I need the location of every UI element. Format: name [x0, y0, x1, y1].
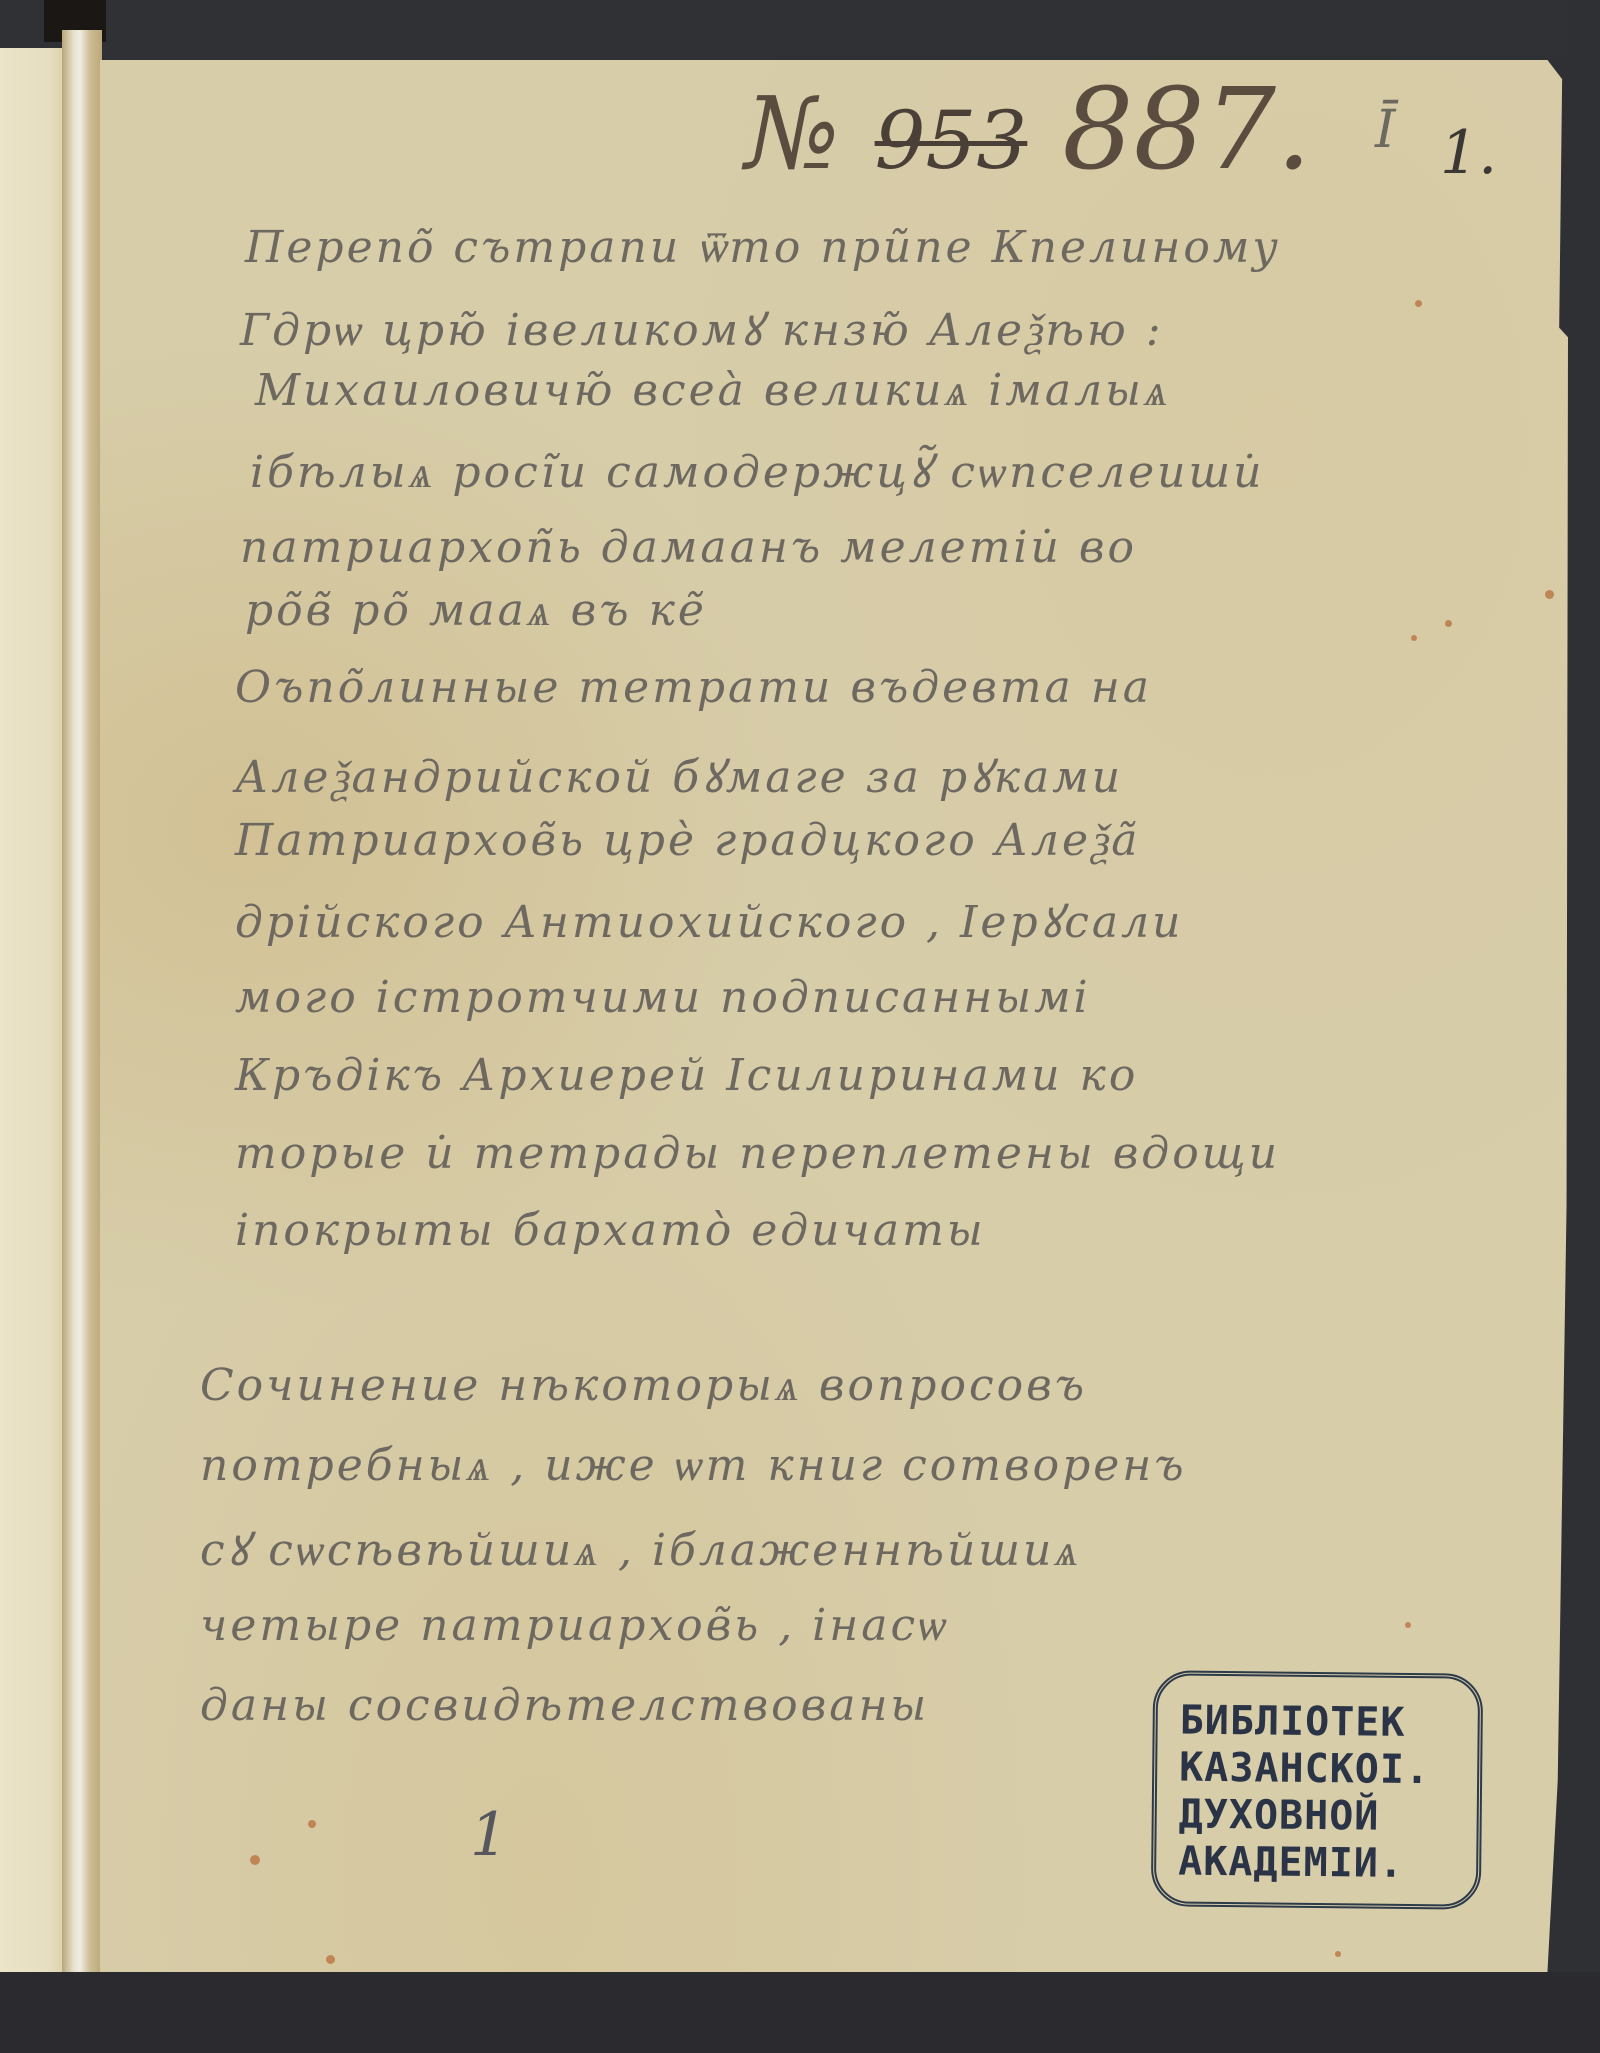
struck-shelf-number: 953 [875, 94, 1028, 187]
foxing-spot [1545, 590, 1554, 599]
current-shelf-number: 887. [1062, 65, 1311, 195]
text-line: четыре патриархов̃ь , iнасѡ [200, 1600, 949, 1651]
folio-number: 1. [1440, 118, 1497, 188]
text-line: Перепо̃ сътрапи ѿто при̃пе Кпелиному [245, 222, 1281, 273]
text-line: Кръдікъ Архиерей Iсилиринами ко [235, 1050, 1138, 1101]
text-line: Гдрѡ црю̃ iвеликомꙋ кнзю̃ Алеѯѣю : [240, 298, 1164, 358]
foxing-spot [1411, 635, 1417, 641]
stamp-line: БИБЛІОТЕК [1179, 1698, 1459, 1748]
number-sign: № [745, 75, 840, 192]
text-line: Алеѯандрийской бꙋмаге за рꙋками [235, 745, 1123, 805]
library-stamp: БИБЛІОТЕК КАЗАНСКОІ. ДУХОВНОЙ АКАДЕМІИ. [1151, 1670, 1483, 1909]
facing-leaf [0, 48, 68, 1973]
foxing-spot [1445, 620, 1452, 627]
text-line: iпокрыты бархато̀ едичаты [235, 1205, 986, 1256]
text-line: Сочинение нѣкоторыѧ вопросовъ [200, 1360, 1087, 1411]
foxing-spot [1405, 1622, 1411, 1628]
scan-background-top [0, 0, 1600, 55]
text-line: потребныѧ , иже ѡт книг сотворенъ [200, 1440, 1187, 1491]
stamp-line: ДУХОВНОЙ [1178, 1792, 1458, 1842]
stamp-line: КАЗАНСКОІ. [1179, 1745, 1459, 1795]
foxing-spot [250, 1855, 260, 1865]
foxing-spot [1335, 1951, 1341, 1957]
text-line: ро̃в̃ ро̃ мааѧ въ ке̃ [245, 585, 707, 636]
scan-background-bottom [0, 1972, 1600, 2053]
text-line: iбѣлыѧ росі̃и самодержцꙋ̃ сѡпселеиши̇ [250, 440, 1264, 500]
text-line: даны сосвидѣтелствованы [200, 1680, 929, 1731]
book-gutter [62, 30, 102, 1975]
folio-mark: Ī [1375, 100, 1396, 160]
foxing-spot [326, 1955, 335, 1964]
text-line: торые и̇ тетрады переплетены вдощи [235, 1128, 1280, 1179]
text-line: патриархоп̃ь дамаанъ мелетіи̇ во [240, 522, 1137, 573]
text-line: сꙋ сѡсѣвѣйшиѧ , iблаженнѣйшиѧ [200, 1518, 1081, 1578]
stamp-line: АКАДЕМІИ. [1178, 1839, 1458, 1889]
page-number: 1 [470, 1800, 508, 1870]
foxing-spot [308, 1820, 316, 1828]
text-line: Патриархов̃ь црѐ градцкого Алеѯа̃ [235, 815, 1140, 866]
shelf-number: № 953 887. [745, 70, 1312, 201]
text-line: дрійского Антиохийского , Iерꙋсали [235, 890, 1183, 950]
text-line: Оъпо̃линные тетрати въдевта на [235, 662, 1152, 713]
foxing-spot [1415, 300, 1422, 307]
text-line: мого iстротчими подписаннымі [235, 972, 1091, 1023]
text-line: Михаиловичю̃ всеа̀ великиѧ iмалыѧ [255, 365, 1171, 416]
scan-background-right [1568, 0, 1600, 2053]
